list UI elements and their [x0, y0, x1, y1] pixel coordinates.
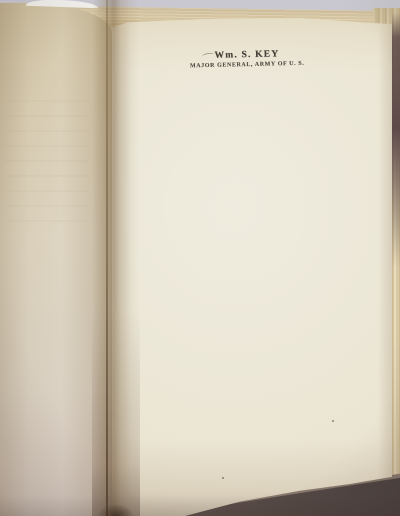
right-page: Wm. S. KEY MAJOR GENERAL, ARMY OF U. S.	[106, 0, 392, 516]
foxing-speck	[222, 477, 224, 479]
gutter-bottom-shadow	[98, 504, 134, 516]
stamp-title-line: MAJOR GENERAL, ARMY OF U. S.	[182, 60, 312, 70]
foxing-speck	[332, 420, 334, 422]
book-gutter	[92, 0, 140, 516]
show-through-marks	[6, 100, 88, 230]
cover-edge-dark	[392, 12, 400, 268]
ownership-stamp: Wm. S. KEY MAJOR GENERAL, ARMY OF U. S.	[182, 49, 312, 70]
open-book-photo: Wm. S. KEY MAJOR GENERAL, ARMY OF U. S.	[0, 0, 400, 516]
